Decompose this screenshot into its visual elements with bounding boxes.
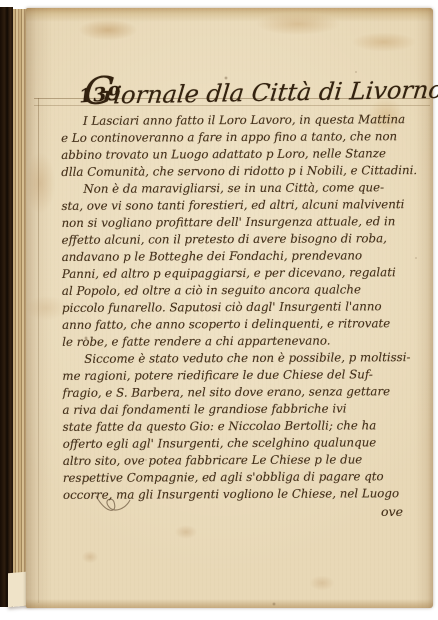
manuscript-line: me ragioni, potere riedificare le due Ch…	[62, 366, 420, 385]
manuscript-line: non si vogliano profittare dell' Insurge…	[62, 213, 420, 232]
manuscript-line: piccolo funarello. Saputosi ciò dagl' In…	[62, 298, 420, 317]
manuscript-line: andavano p le Botteghe dei Fondachi, pre…	[62, 247, 420, 266]
manuscript-line: Siccome è stato veduto che non è possibi…	[62, 349, 420, 368]
manuscript-line: altro sito, ove potea fabbricare Le Chie…	[63, 451, 421, 470]
catchword: ove	[381, 504, 403, 519]
book-binding-gutter	[0, 7, 13, 607]
manuscript-line: anno fatto, che anno scoperto i delinque…	[62, 315, 420, 334]
manuscript-line: sta, ove vi sono tanti forestieri, ed al…	[61, 196, 419, 215]
manuscript-line: Panni, ed altro p equipaggiarsi, e per d…	[62, 264, 420, 283]
manuscript-line: abbino trovato un Luogo adattato p Loro,…	[61, 145, 419, 164]
manuscript-page: 139 Giornale dla Città di Livorno I Lasc…	[26, 8, 433, 608]
manuscript-line: e Lo continoveranno a fare in appo fino …	[61, 128, 419, 147]
manuscript-line: a riva dai fondamenti le grandiose fabbr…	[62, 400, 420, 419]
scanned-manuscript-page: 139 Giornale dla Città di Livorno I Lasc…	[0, 0, 438, 620]
manuscript-line: state fatte da questo Gio: e Niccolao Be…	[63, 417, 421, 436]
manuscript-line: le robe, e fatte rendere a chi appartene…	[62, 332, 420, 351]
manuscript-line: effetto alcuni, con il pretesto di avere…	[62, 230, 420, 249]
manuscript-line: offerto egli agl' Insurgenti, che scelgh…	[63, 434, 421, 453]
page-title: Giornale dla Città di Livorno	[81, 63, 426, 113]
manuscript-line: Non è da maravigliarsi, se in una Città,…	[61, 179, 419, 198]
ink-flourish	[92, 494, 132, 516]
manuscript-text: I Lasciari anno fatto il Loro Lavoro, in…	[61, 111, 421, 504]
manuscript-line: dlla Comunità, che servono di ridotto p …	[61, 162, 419, 181]
manuscript-line: I Lasciari anno fatto il Loro Lavoro, in…	[61, 111, 419, 130]
manuscript-line: respettive Compagnie, ed agli s'obbliga …	[63, 468, 421, 487]
manuscript-line: al Popolo, ed oltre a ciò in seguito anc…	[62, 281, 420, 300]
ruled-margin-line	[38, 98, 39, 603]
manuscript-line: fragio, e S. Barbera, nel sito dove eran…	[62, 383, 420, 402]
